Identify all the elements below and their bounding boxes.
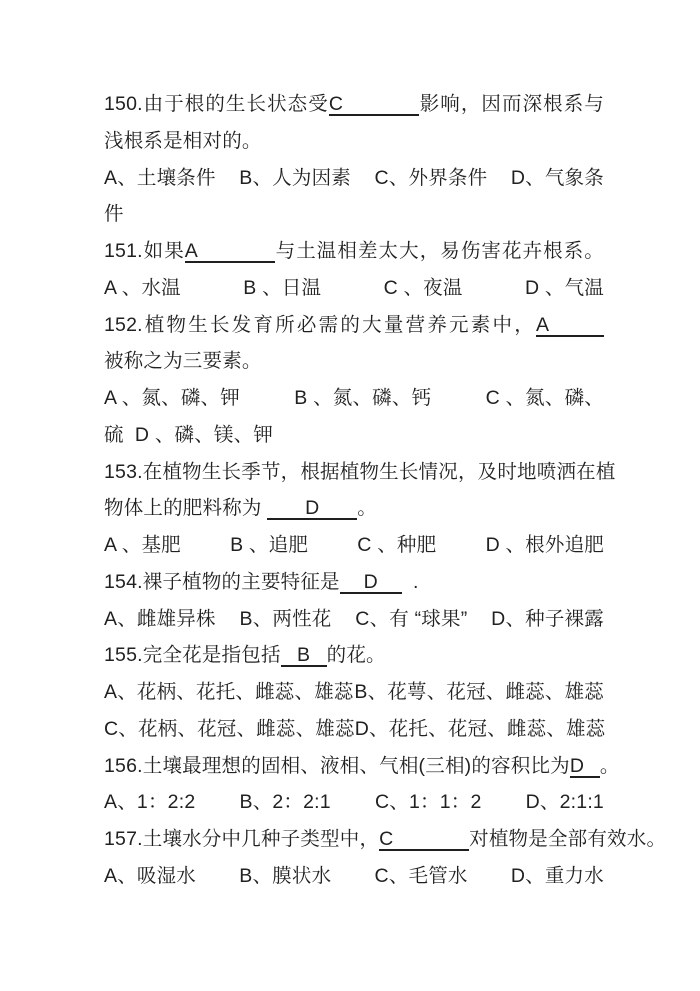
option-item: A、吸湿水 — [104, 858, 196, 895]
options-row: A、花柄、花托、雌蕊、雄蕊B、花萼、花冠、雌蕊、雄蕊 — [104, 674, 604, 711]
option-item: B 、追肥 — [230, 527, 308, 564]
option-item: D、花托、花冠、雌蕊、雄蕊 — [355, 711, 606, 748]
options-row: C、花柄、花冠、雌蕊、雄蕊D、花托、花冠、雌蕊、雄蕊 — [104, 711, 604, 748]
question-line: 156.土壤最理想的固相、液相、气相(三相)的容积比为D。 — [104, 748, 604, 785]
answer-blank: C — [379, 829, 469, 851]
option-item: A 、水温 — [104, 270, 181, 307]
option-item: C、外界条件 — [375, 160, 488, 197]
option-item: B 、氮、磷、钙 — [294, 380, 431, 417]
question-line: 浅根系是相对的。 — [104, 123, 604, 160]
answer-blank: A — [185, 241, 275, 263]
question-line: 154.裸子植物的主要特征是D . — [104, 564, 604, 601]
option-item: C 、种肥 — [357, 527, 436, 564]
question-text: 对植物是全部有效水。 — [469, 828, 666, 850]
question-text: 152.植物生长发育所必需的大量营养元素中， — [104, 314, 536, 336]
option-item: C、毛管水 — [375, 858, 468, 895]
options-row: A、1：2:2B、2：2:1C、1：1：2D、2:1:1 — [104, 784, 604, 821]
option-item: A、土壤条件 — [104, 160, 216, 197]
question-line: 被称之为三要素。 — [104, 343, 604, 380]
answer-blank: A — [536, 315, 604, 337]
option-item: A、1：2:2 — [104, 784, 195, 821]
option-item: C 、夜温 — [384, 270, 463, 307]
options-row: A、吸湿水B、膜状水C、毛管水D、重力水 — [104, 858, 604, 895]
option-item: B 、日温 — [243, 270, 321, 307]
answer-blank: D — [267, 498, 357, 520]
question-text: 硫 D 、磷、镁、钾 — [104, 424, 273, 446]
option-item: B、膜状水 — [239, 858, 331, 895]
option-item: C、有 “球果” — [355, 601, 467, 638]
question-text: 153.在植物生长季节，根据植物生长情况，及时地喷洒在植 — [104, 461, 616, 483]
options-row: A、土壤条件B、人为因素C、外界条件D、气象条 — [104, 160, 604, 197]
question-line: 硫 D 、磷、镁、钾 — [104, 417, 604, 454]
question-text: 物体上的肥料称为 — [104, 497, 267, 519]
question-text: 。 — [357, 497, 377, 519]
question-line: 153.在植物生长季节，根据植物生长情况，及时地喷洒在植 — [104, 454, 604, 491]
question-line: 155.完全花是指包括B的花。 — [104, 637, 604, 674]
option-item: A 、基肥 — [104, 527, 181, 564]
question-text: . — [402, 571, 419, 593]
question-text: 157.土壤水分中几种子类型中， — [104, 828, 379, 850]
answer-blank: D — [570, 756, 600, 778]
question-text: 与土温相差太大，易伤害花卉根系。 — [275, 240, 604, 262]
question-text: 151.如果 — [104, 240, 185, 262]
option-item: D、重力水 — [511, 858, 604, 895]
question-text: 。 — [600, 755, 620, 777]
question-line: 件 — [104, 196, 604, 233]
options-row: A 、基肥B 、追肥C 、种肥D 、根外追肥 — [104, 527, 604, 564]
option-item: C 、氮、磷、 — [486, 380, 604, 417]
options-row: A 、氮、磷、钾B 、氮、磷、钙C 、氮、磷、 — [104, 380, 604, 417]
option-item: B、两性花 — [240, 601, 332, 638]
question-text: 150.由于根的生长状态受 — [104, 93, 329, 115]
question-text: 被称之为三要素。 — [104, 350, 262, 372]
options-row: A 、水温B 、日温C 、夜温D 、气温 — [104, 270, 604, 307]
question-line: 151.如果A与土温相差太大，易伤害花卉根系。 — [104, 233, 604, 270]
answer-blank: D — [340, 572, 402, 594]
answer-blank: C — [329, 94, 419, 116]
question-text: 件 — [104, 203, 124, 225]
option-item: D 、根外追肥 — [486, 527, 604, 564]
option-item: B、花萼、花冠、雌蕊、雄蕊 — [354, 674, 604, 711]
question-line: 150.由于根的生长状态受C影响，因而深根系与 — [104, 86, 604, 123]
answer-blank: B — [281, 645, 327, 667]
question-text: 154.裸子植物的主要特征是 — [104, 571, 340, 593]
option-item: C、花柄、花冠、雌蕊、雄蕊 — [104, 711, 355, 748]
option-item: D、2:1:1 — [526, 784, 604, 821]
option-item: D、气象条 — [511, 160, 604, 197]
question-line: 物体上的肥料称为 D。 — [104, 490, 604, 527]
option-item: A、花柄、花托、雌蕊、雄蕊 — [104, 674, 354, 711]
question-text: 156.土壤最理想的固相、液相、气相(三相)的容积比为 — [104, 755, 570, 777]
exam-document-page: 150.由于根的生长状态受C影响，因而深根系与浅根系是相对的。A、土壤条件B、人… — [0, 0, 700, 991]
question-text: 影响，因而深根系与 — [419, 93, 604, 115]
option-item: B、人为因素 — [239, 160, 351, 197]
question-text: 155.完全花是指包括 — [104, 644, 281, 666]
question-text: 浅根系是相对的。 — [104, 130, 262, 152]
options-row: A、雌雄异株B、两性花C、有 “球果”D、种子裸露 — [104, 601, 604, 638]
option-item: A 、氮、磷、钾 — [104, 380, 240, 417]
question-line: 157.土壤水分中几种子类型中，C对植物是全部有效水。 — [104, 821, 604, 858]
document-page-content: 150.由于根的生长状态受C影响，因而深根系与浅根系是相对的。A、土壤条件B、人… — [104, 86, 604, 895]
option-item: D 、气温 — [525, 270, 604, 307]
question-text: 的花。 — [327, 644, 386, 666]
option-item: B、2：2:1 — [239, 784, 330, 821]
option-item: A、雌雄异株 — [104, 601, 216, 638]
option-item: D、种子裸露 — [491, 601, 604, 638]
option-item: C、1：1：2 — [375, 784, 482, 821]
question-line: 152.植物生长发育所必需的大量营养元素中，A — [104, 307, 604, 344]
